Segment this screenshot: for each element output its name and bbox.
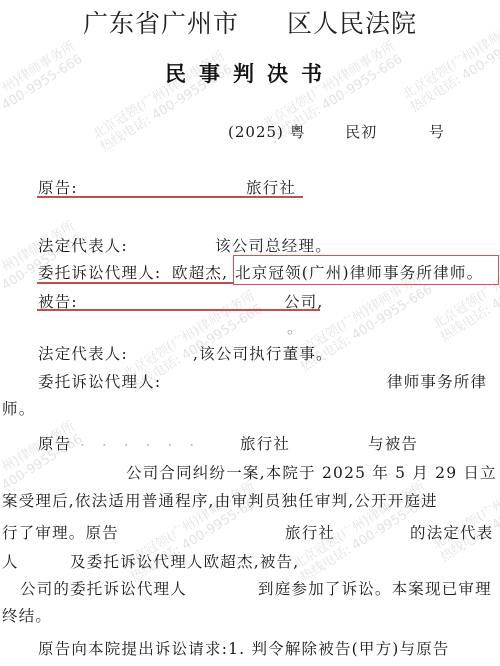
plaintiff-agent-label: 委托诉讼代理人: <box>38 261 161 283</box>
red-underline <box>37 196 303 198</box>
court-suffix: 区人民法院 <box>287 9 417 38</box>
body-text: 旅行社 <box>285 521 335 543</box>
body-text: 行了审理。原告 <box>2 521 119 543</box>
plaintiff-rep-value: 该公司总经理。 <box>215 234 332 256</box>
body-text: 的法定代表 <box>410 521 494 543</box>
plaintiff-agent-name: 欧超杰, <box>172 261 228 283</box>
redacted-dots: . . . . . . <box>80 432 200 450</box>
body-text: 人 <box>2 550 19 572</box>
defendant-agent-firm-cont: 师。 <box>2 397 35 419</box>
body-text: 原告向本院提出诉讼请求:1. 判令解除被告(甲方)与原告 <box>38 637 450 659</box>
case-number: (2025) 粤 民初 号 <box>228 121 445 142</box>
red-underline <box>37 282 233 284</box>
plaintiff-rep-label: 法定代表人: <box>38 234 128 256</box>
body-text: 旅行社 <box>240 432 290 454</box>
watermark: 北京冠领(广州)律师事务所热线电话: 400-9955-666 <box>0 39 86 146</box>
plaintiff-name: 旅行社 <box>246 176 296 198</box>
defendant-rep-label: 法定代表人: <box>38 342 128 364</box>
body-text: 原告 <box>38 432 71 454</box>
red-highlight-box <box>233 255 499 285</box>
defendant-address-end: 。 <box>287 316 304 338</box>
judgment-document: 北京冠领(广州)律师事务所热线电话: 400-9955-666 北京冠领(广州)… <box>0 0 500 666</box>
defendant-rep-value: ,该公司执行董事。 <box>193 342 333 364</box>
body-text: 及委托诉讼代理人欧超杰,被告, <box>70 550 299 572</box>
court-prefix: 广东省广州市 <box>83 9 239 38</box>
defendant-agent-firm: 律师事务所律 <box>387 370 487 392</box>
body-text: 终结。 <box>2 604 52 626</box>
document-title: 民事判决书 <box>0 58 500 88</box>
plaintiff-label: 原告: <box>38 176 78 198</box>
body-text: 到庭参加了诉讼。本案现已审理 <box>258 577 492 599</box>
body-text: 公司的委托诉讼代理人 <box>20 577 187 599</box>
red-underline <box>37 309 320 311</box>
defendant-agent-label: 委托诉讼代理人: <box>38 370 161 392</box>
body-text: 案受理后,依法适用普通程序,由审判员独任审判,公开开庭进 <box>2 489 438 511</box>
body-text: 公司合同纠纷一案,本院于 2025 年 5 月 29 日立 <box>126 461 497 483</box>
court-name: 广东省广州市区人民法院 <box>0 4 500 40</box>
body-text: 与被告 <box>368 432 418 454</box>
